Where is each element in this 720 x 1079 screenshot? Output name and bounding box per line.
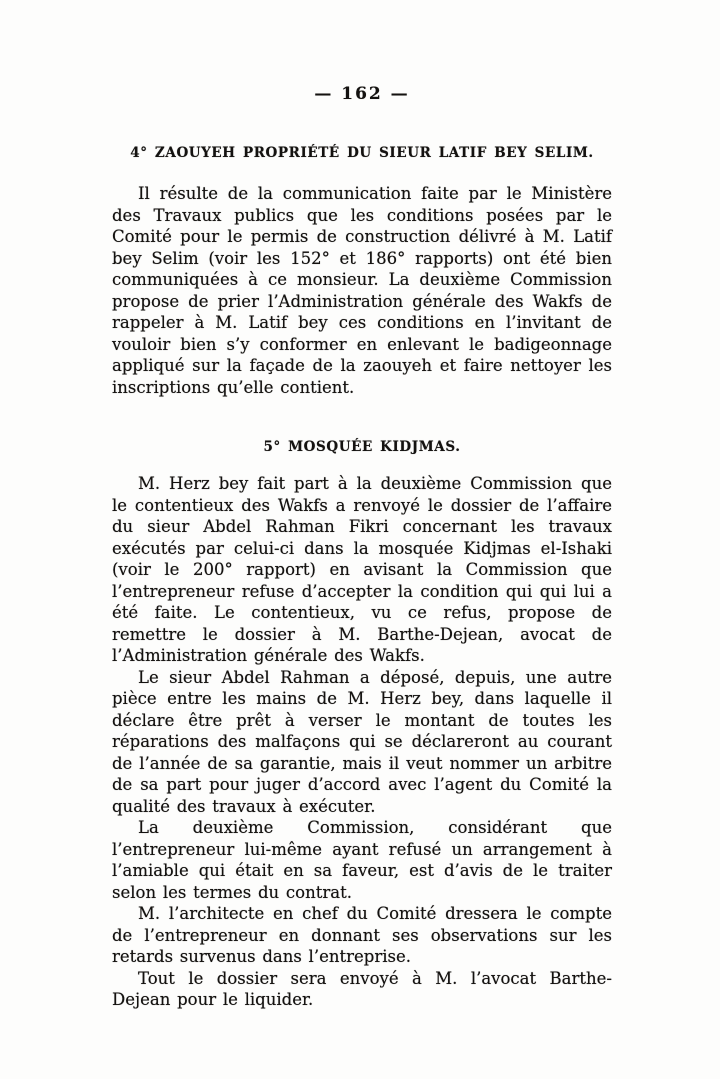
paragraph: M. Herz bey fait part à la deuxième Comm… xyxy=(112,473,612,667)
paragraph: La deuxième Commission, considérant que … xyxy=(112,817,612,903)
page-number: — 162 — xyxy=(112,0,612,104)
section-heading-zaouyeh-latif-bey-selim: 4° ZAOUYEH PROPRIÉTÉ DU SIEUR LATIF BEY … xyxy=(112,145,612,162)
text-column: — 162 — 4° ZAOUYEH PROPRIÉTÉ DU SIEUR LA… xyxy=(112,0,612,1011)
paragraph: M. l’architecte en chef du Comité dresse… xyxy=(112,903,612,968)
paragraph: Tout le dossier sera envoyé à M. l’avoca… xyxy=(112,968,612,1011)
scanned-document-page: — 162 — 4° ZAOUYEH PROPRIÉTÉ DU SIEUR LA… xyxy=(0,0,720,1079)
section-heading-mosquee-kidjmas: 5° MOSQUÉE KIDJMAS. xyxy=(112,439,612,456)
paragraph: Il résulte de la communication faite par… xyxy=(112,183,612,398)
paragraph: Le sieur Abdel Rahman a déposé, depuis, … xyxy=(112,667,612,818)
